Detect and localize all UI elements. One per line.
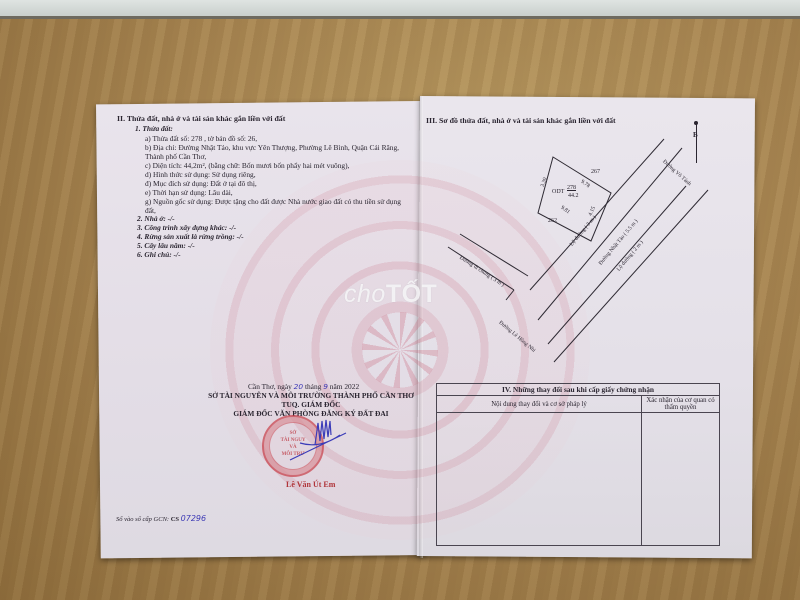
changes-table-title: IV. Những thay đổi sau khi cấp giấy chứn… [437, 384, 720, 396]
column-header-content: Nội dung thay đổi và cơ sở pháp lý [437, 396, 642, 413]
parcel-code: ODT [552, 188, 564, 197]
changes-table: IV. Những thay đổi sau khi cấp giấy chứn… [436, 383, 720, 546]
section-title-diagram: III. Sơ đồ thửa đất, nhà ở và tài sản kh… [426, 116, 616, 125]
land-item: b) Địa chỉ: Đường Nhật Tảo, khu vực Yên … [145, 143, 399, 152]
parcel-area: 44.2 [568, 192, 579, 201]
land-item: đ) Mục đích sử dụng: Đất ở tại đô thị, [145, 179, 257, 188]
north-arrow-tip [694, 121, 698, 125]
date-day: 20 [294, 382, 303, 391]
changes-content-cell [437, 413, 642, 546]
signer-name: Lê Văn Út Em [286, 480, 335, 489]
subsection-land: 1. Thửa đất: [135, 124, 173, 133]
wall-tile [0, 0, 800, 19]
chotot-watermark: choTỐT [344, 280, 437, 309]
date-prefix: Cần Thơ, ngày [248, 382, 292, 391]
land-item: a) Thửa đất số: 278 , tờ bản đồ số: 26, [145, 134, 257, 143]
watermark-part2: TỐT [386, 280, 438, 308]
certificate-register: Số vào sổ cấp GCN: CS 07296 [116, 514, 206, 524]
signature-icon [280, 415, 360, 465]
other-item: 6. Ghi chú: -/- [137, 250, 181, 259]
issuer: SỞ TÀI NGUYÊN VÀ MÔI TRƯỜNG THÀNH PHỐ CẦ… [186, 391, 436, 400]
land-item: e) Thời hạn sử dụng: Lâu dài, [145, 188, 233, 197]
watermark-part1: cho [344, 280, 386, 308]
other-item: 5. Cây lâu năm: -/- [137, 241, 195, 250]
neighbor-parcel: 262 [548, 217, 557, 226]
certificate-prefix: CS [171, 516, 179, 523]
issue-date: Cần Thơ, ngày 20 tháng 9 năm 2022 [248, 382, 359, 391]
section-title-land: II. Thửa đất, nhà ở và tài sản khác gắn … [117, 114, 285, 123]
issuer-role: TUQ. GIÁM ĐỐC [186, 400, 436, 409]
other-item: 3. Công trình xây dựng khác: -/- [137, 223, 236, 232]
certificate-number: 07296 [181, 514, 206, 523]
neighbor-parcel: 267 [591, 168, 600, 177]
land-item: d) Hình thức sử dụng: Sử dụng riêng, [145, 170, 256, 179]
certificate-label: Số vào sổ cấp GCN: [116, 516, 169, 523]
land-item: Thành phố Cần Thơ, [145, 152, 206, 161]
column-header-confirm: Xác nhận của cơ quan có thẩm quyền [642, 396, 720, 413]
land-item: g) Nguồn gốc sử dụng: Được tặng cho đất … [145, 197, 401, 206]
date-month-label: tháng [305, 382, 321, 391]
other-item: 4. Rừng sản xuất là rừng trồng: -/- [137, 232, 244, 241]
changes-confirm-cell [642, 413, 720, 546]
land-item: c) Diện tích: 44,2m², (bằng chữ: Bốn mươ… [145, 161, 349, 170]
date-year: năm 2022 [330, 382, 359, 391]
other-item: 2. Nhà ở: -/- [137, 214, 175, 223]
date-month: 9 [323, 382, 328, 391]
